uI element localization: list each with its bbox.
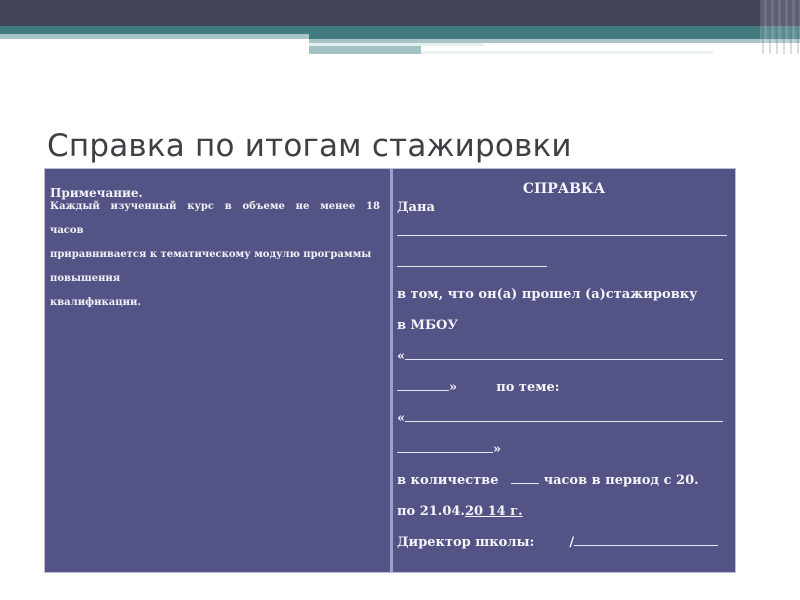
- topic-blank-line-2: »: [397, 434, 731, 465]
- topic-label: по теме:: [496, 380, 559, 395]
- slide-title: Справка по итогам стажировки: [47, 128, 572, 164]
- director-line: Директор школы: /: [397, 527, 731, 558]
- note-word: в: [225, 201, 232, 213]
- period-line: по 21.04.20 14 г.: [397, 496, 731, 527]
- name-blank-line-2: [397, 248, 731, 279]
- issued-to-label: Дана: [397, 199, 731, 217]
- note-word: Каждый: [50, 201, 100, 213]
- certificate-cell: СПРАВКА Дана в том, что он(а) прошел (а)…: [397, 179, 731, 558]
- name-blank-line: [397, 217, 731, 248]
- certificate-heading: СПРАВКА: [397, 179, 731, 199]
- note-word: не: [296, 201, 310, 213]
- note-word: 18: [366, 201, 380, 213]
- open-quote: «: [397, 349, 405, 364]
- period-to: по 21.04.: [397, 504, 465, 519]
- certificate-table: Примечание. Каждый изученный курс в объе…: [44, 168, 736, 573]
- director-label: Директор школы:: [397, 535, 534, 550]
- hours-suffix: часов в период с 20.: [544, 473, 699, 488]
- note-word: менее: [320, 201, 355, 213]
- close-quote: »: [449, 380, 457, 395]
- note-line: квалификации.: [50, 291, 380, 315]
- completed-text: в том, что он(а) прошел (а)стажировку: [397, 279, 731, 310]
- decorative-bar: [0, 34, 309, 39]
- note-line: приравнивается к тематическому модулю пр…: [50, 243, 380, 267]
- note-word: изученный: [111, 201, 177, 213]
- note-heading: Примечание.: [50, 185, 380, 201]
- note-first-line: Каждый изученный курс в объеме не менее …: [50, 201, 380, 213]
- note-cell: Примечание. Каждый изученный курс в объе…: [50, 185, 380, 315]
- hours-prefix: в количестве: [397, 473, 499, 488]
- school-blank-line-2: » по теме:: [397, 372, 731, 403]
- period-year: 20 14 г.: [465, 504, 523, 519]
- decorative-bar: [309, 46, 421, 54]
- decorative-stripes: [760, 0, 800, 54]
- school-blank-line: «: [397, 341, 731, 372]
- topic-blank-line: «: [397, 403, 731, 434]
- close-quote: »: [493, 442, 501, 457]
- note-word: объеме: [242, 201, 284, 213]
- column-divider: [390, 169, 393, 572]
- decorative-line: [421, 51, 713, 54]
- note-line: часов: [50, 219, 380, 243]
- open-quote: «: [397, 411, 405, 426]
- hours-line: в количестве часов в период с 20.: [397, 465, 731, 496]
- note-word: курс: [187, 201, 214, 213]
- school-label: в МБОУ: [397, 310, 731, 341]
- note-line: повышения: [50, 267, 380, 291]
- header-dark-band: [0, 0, 800, 26]
